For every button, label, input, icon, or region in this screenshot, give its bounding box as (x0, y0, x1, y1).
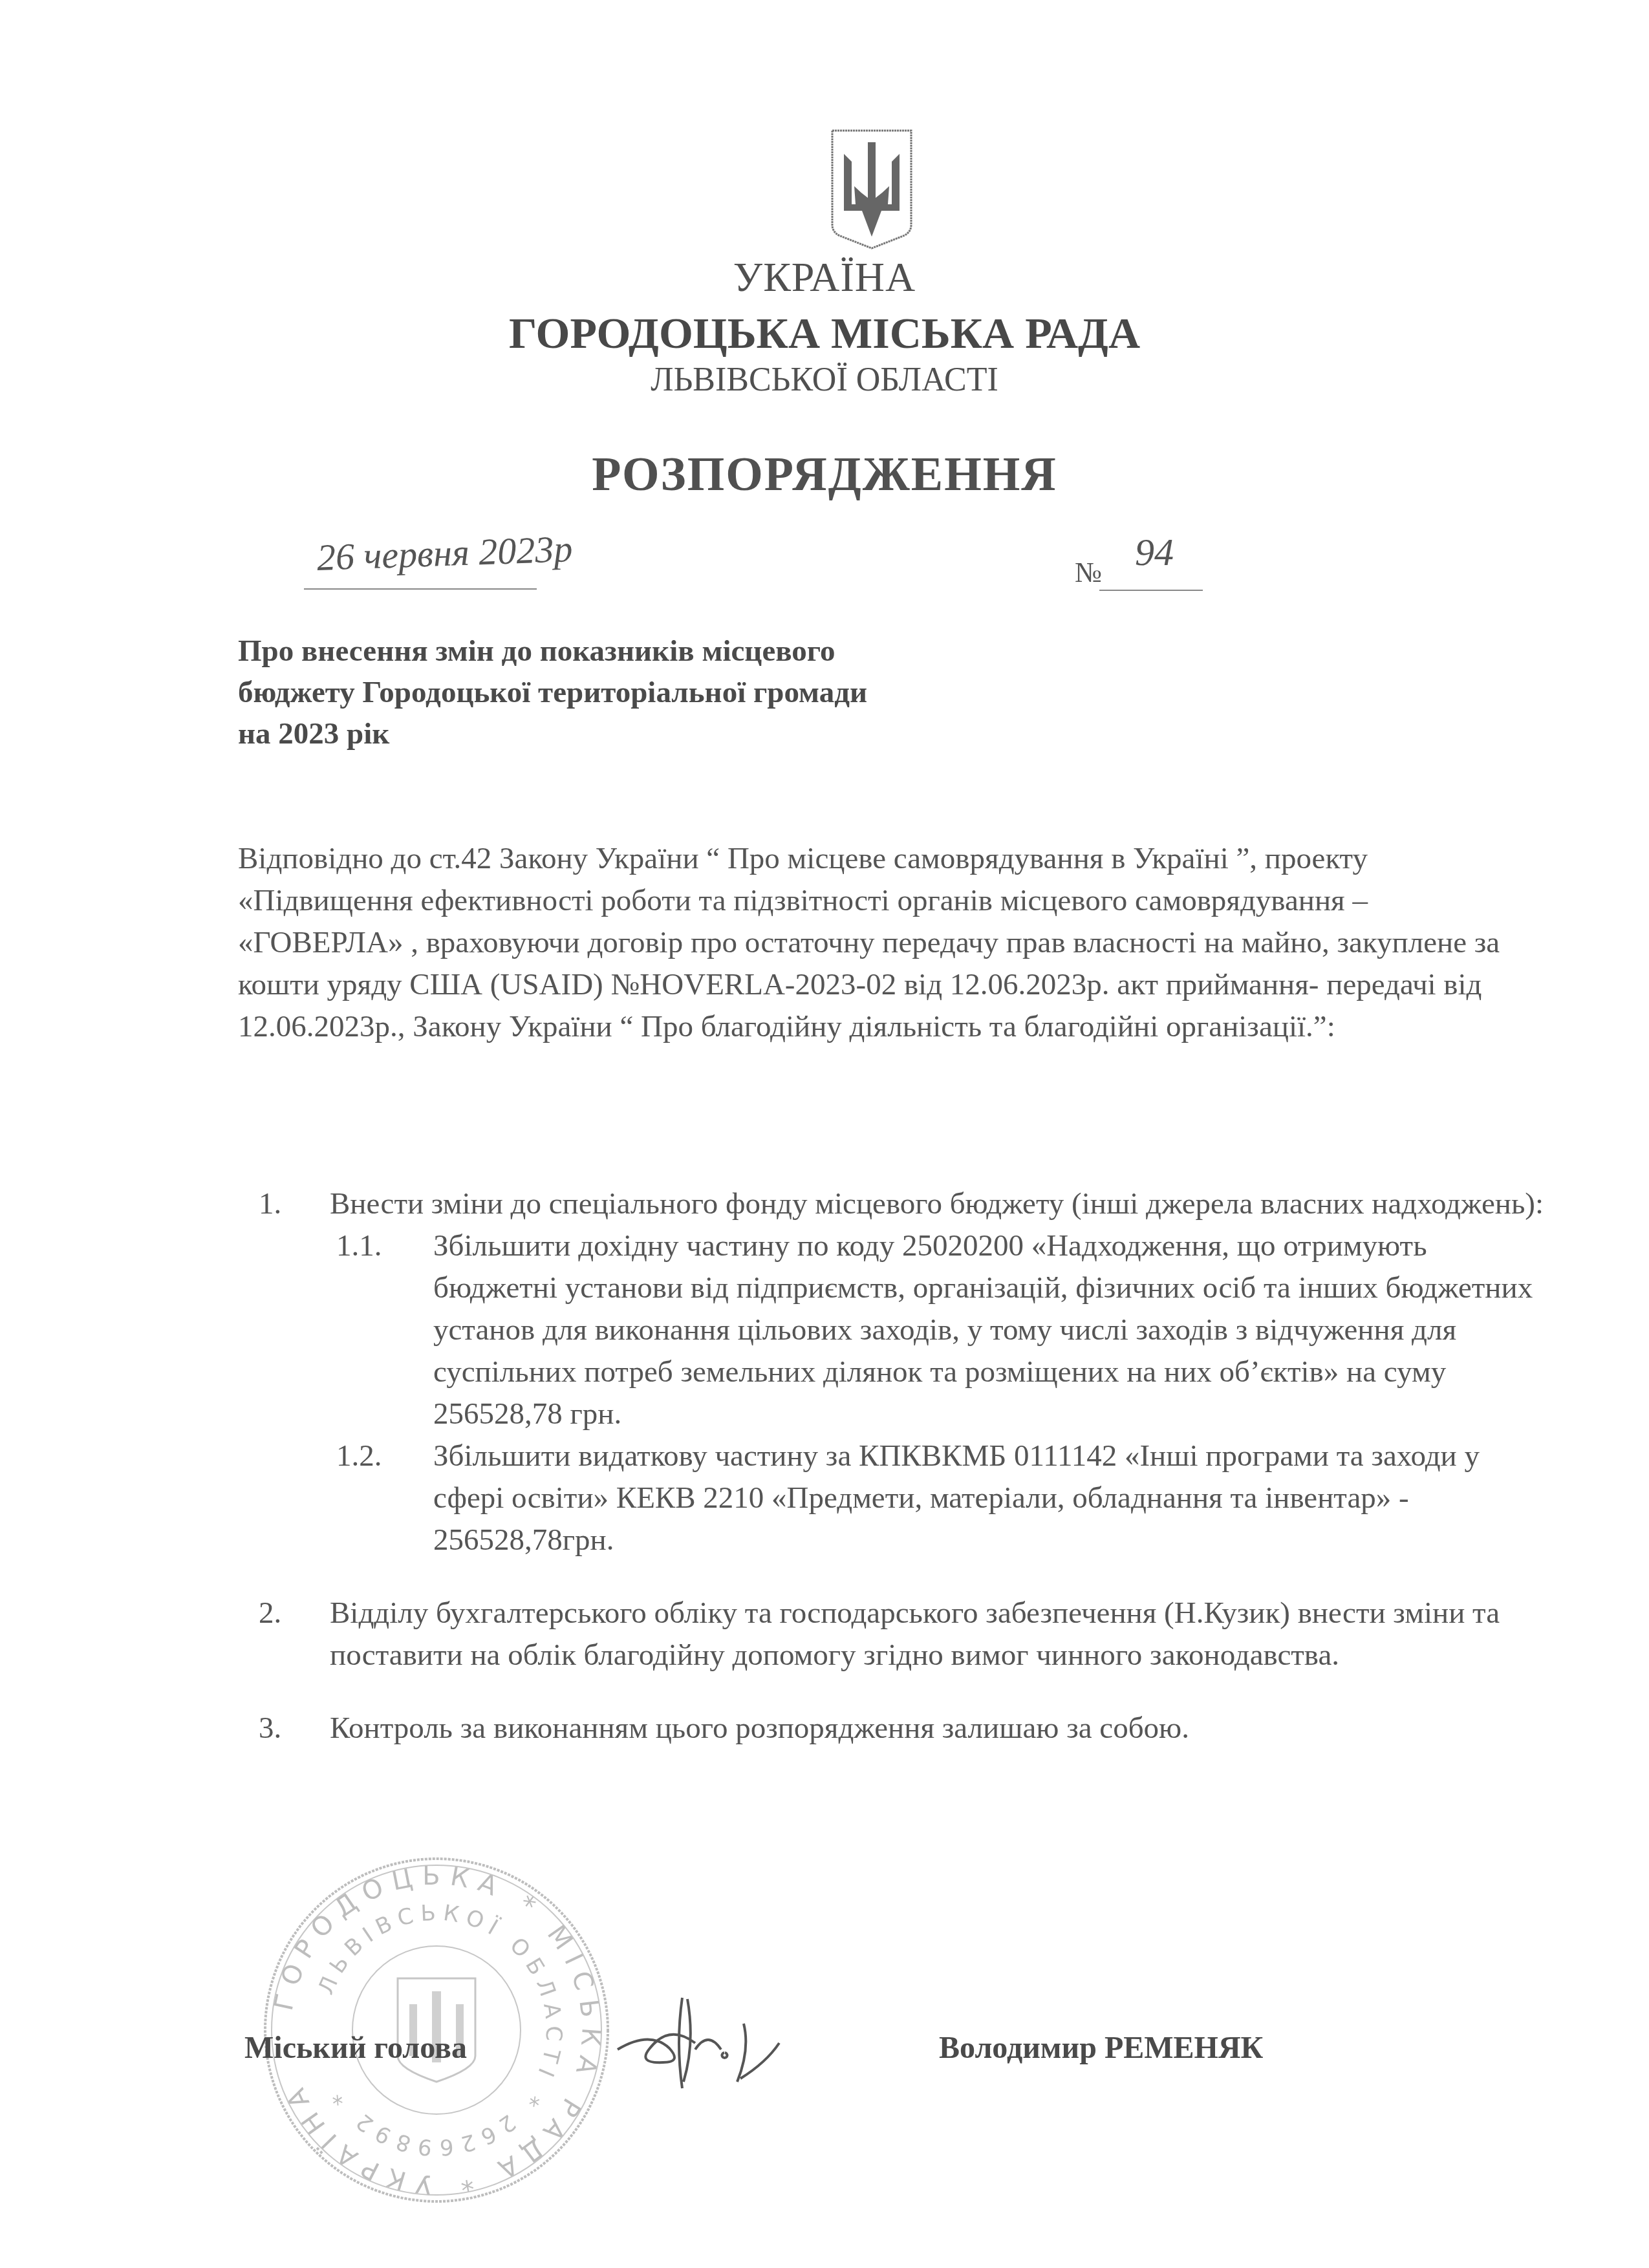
list-item: 3. Контроль за виконанням цього розпоряд… (259, 1707, 1552, 1749)
item-number: 3. (259, 1707, 330, 1749)
country-heading: УКРАЇНА (0, 253, 1649, 301)
item-text: Внести зміни до спеціального фонду місце… (330, 1183, 1552, 1225)
item-number: 1.2. (336, 1435, 433, 1561)
signature-scribble (611, 1991, 870, 2095)
item-text: Збільшити видаткову частину за КПКВКМБ 0… (433, 1435, 1552, 1561)
number-label: № (1075, 556, 1102, 589)
council-heading: ГОРОДОЦЬКА МІСЬКА РАДА (0, 308, 1649, 359)
list-item: 2. Відділу бухгалтерського обліку та гос… (259, 1592, 1552, 1676)
number-underline (1099, 590, 1203, 591)
date-underline (304, 588, 537, 590)
item-number: 2. (259, 1592, 330, 1676)
handwritten-date: 26 червня 2023р (316, 527, 573, 579)
signatory-title: Міський голова (244, 2030, 467, 2066)
item-text: Відділу бухгалтерського обліку та господ… (330, 1592, 1552, 1676)
document-subject: Про внесення змін до показників місцевог… (238, 630, 867, 754)
sub-list-item: 1.1. Збільшити дохідну частину по коду 2… (336, 1225, 1552, 1435)
subject-line: Про внесення змін до показників місцевог… (238, 630, 867, 672)
preamble-paragraph: Відповідно до ст.42 Закону України “ Про… (238, 838, 1525, 1048)
subject-line: бюджету Городоцької територіальної грома… (238, 672, 867, 713)
resolution-items: 1. Внести зміни до спеціального фонду мі… (259, 1183, 1552, 1749)
region-heading: ЛЬВІВСЬКОЇ ОБЛАСТІ (0, 361, 1649, 399)
trident-emblem-icon (830, 128, 914, 250)
item-text: Збільшити дохідну частину по коду 250202… (433, 1225, 1552, 1435)
item-number: 1. (259, 1183, 330, 1225)
document-type-heading: РОЗПОРЯДЖЕННЯ (0, 447, 1649, 502)
item-number: 1.1. (336, 1225, 433, 1435)
signatory-name: Володимир РЕМЕНЯК (939, 2030, 1263, 2066)
list-item: 1. Внести зміни до спеціального фонду мі… (259, 1183, 1552, 1225)
sub-list-item: 1.2. Збільшити видаткову частину за КПКВ… (336, 1435, 1552, 1561)
item-text: Контроль за виконанням цього розпоряджен… (330, 1707, 1552, 1749)
handwritten-number: 94 (1135, 530, 1174, 575)
subject-line: на 2023 рік (238, 713, 867, 754)
